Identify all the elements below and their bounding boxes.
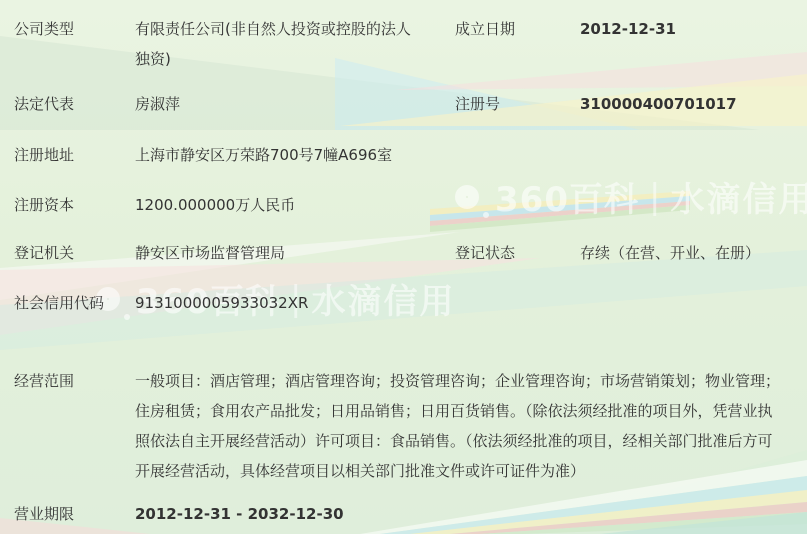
watermark-dot-icon [124,314,130,320]
field-label-registration-authority: 登记机关 [14,238,104,268]
company-registration-table: 360百科 | 水滴信用 360百科 | 水滴信用 公司类型 有限责任公司(非自… [0,0,807,534]
field-value-registered-capital: 1200.000000万人民币 [135,190,295,220]
field-label-registration-status: 登记状态 [455,238,545,268]
field-label-legal-representative: 法定代表 [14,89,104,119]
watermark-partner: 水滴信用 [670,172,807,221]
watermark-brand: 360百科 [495,172,639,221]
watermark: 360百科 | 水滴信用 [455,172,807,221]
watermark-divider: | [649,177,660,217]
field-value-business-term: 2012-12-31 - 2032-12-30 [135,499,344,529]
field-value-registration-status: 存续（在营、开业、在册） [580,238,760,268]
field-label-company-type: 公司类型 [14,14,104,44]
field-label-business-term: 营业期限 [14,499,104,529]
field-value-established-date: 2012-12-31 [580,14,676,44]
field-value-business-scope: 一般项目：酒店管理；酒店管理咨询；投资管理咨询；企业管理咨询；市场营销策划；物业… [135,366,785,486]
field-value-registration-number: 310000400701017 [580,89,737,119]
field-value-registered-address: 上海市静安区万荣路700号7幢A696室 [135,140,392,170]
watermark-dot-icon [483,212,489,218]
field-label-business-scope: 经营范围 [14,366,104,396]
field-label-social-credit-code: 社会信用代码 [14,288,104,318]
field-label-registered-capital: 注册资本 [14,190,104,220]
field-value-legal-representative: 房淑萍 [135,89,180,119]
field-value-social-credit-code: 9131000005933032XR [135,288,308,318]
watermark-partner: 水滴信用 [311,274,455,323]
field-value-company-type: 有限责任公司(非自然人投资或控股的法人独资) [135,14,423,74]
360-ring-logo-icon [455,185,479,209]
field-label-registered-address: 注册地址 [14,140,104,170]
field-label-registration-number: 注册号 [455,89,545,119]
field-label-established-date: 成立日期 [455,14,545,44]
field-value-registration-authority: 静安区市场监督管理局 [135,238,285,268]
